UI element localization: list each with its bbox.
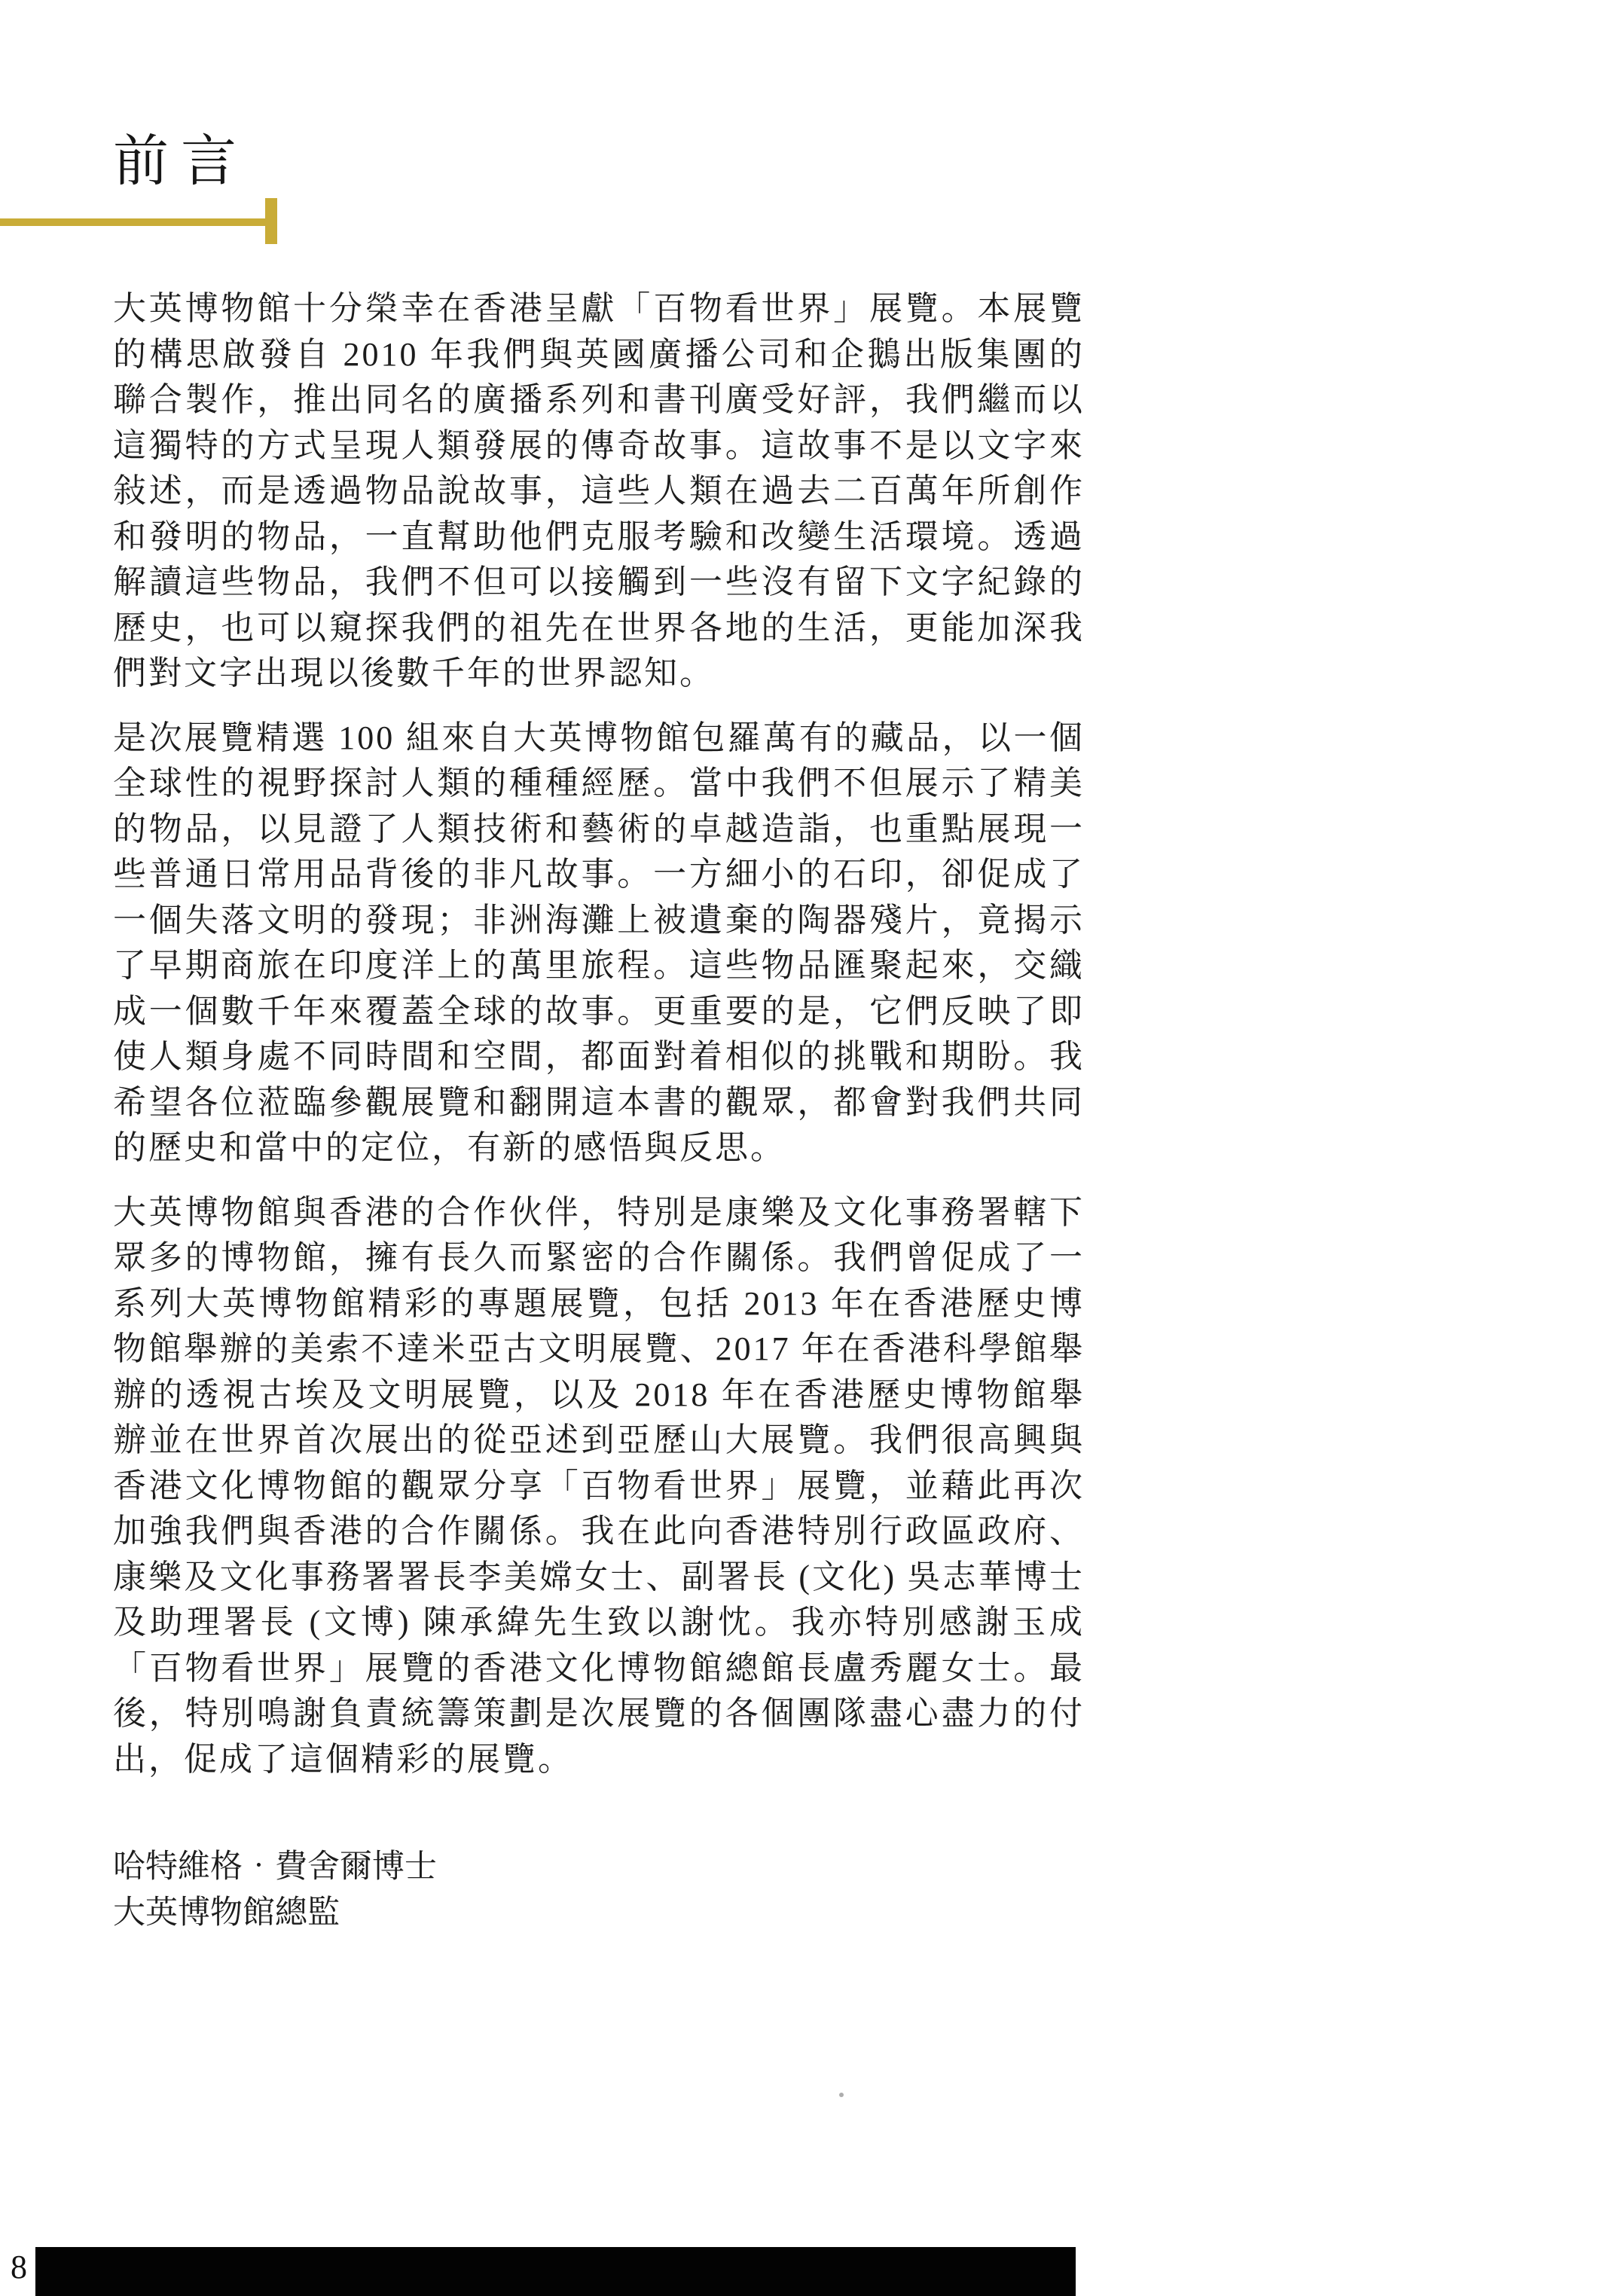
page: { "page": { "title": "前言", "paragraphs":… <box>0 0 1609 2296</box>
paragraph-3: 大英博物館與香港的合作伙伴，特別是康樂及文化事務署轄下眾多的博物館，擁有長久而緊… <box>113 1190 1085 1783</box>
gold-accent-rule <box>0 218 265 226</box>
scan-artifact-dot <box>839 2093 844 2097</box>
signature-role: 大英博物館總監 <box>113 1890 437 1936</box>
page-number: 8 <box>11 2248 27 2286</box>
footer-black-bar <box>35 2247 1076 2296</box>
paragraph-2: 是次展覽精選 100 組來自大英博物館包羅萬有的藏品，以一個全球性的視野探討人類… <box>113 716 1085 1171</box>
preface-body: 大英博物館十分榮幸在香港呈獻「百物看世界」展覽。本展覽的構思啟發自 2010 年… <box>113 286 1085 1801</box>
paragraph-1: 大英博物館十分榮幸在香港呈獻「百物看世界」展覽。本展覽的構思啟發自 2010 年… <box>113 286 1085 697</box>
signature-block: 哈特維格‧費舍爾博士 大英博物館總監 <box>113 1844 437 1936</box>
gold-accent-rule-endcap <box>265 198 277 244</box>
signature-name: 哈特維格‧費舍爾博士 <box>113 1844 437 1890</box>
page-title: 前言 <box>113 134 249 190</box>
